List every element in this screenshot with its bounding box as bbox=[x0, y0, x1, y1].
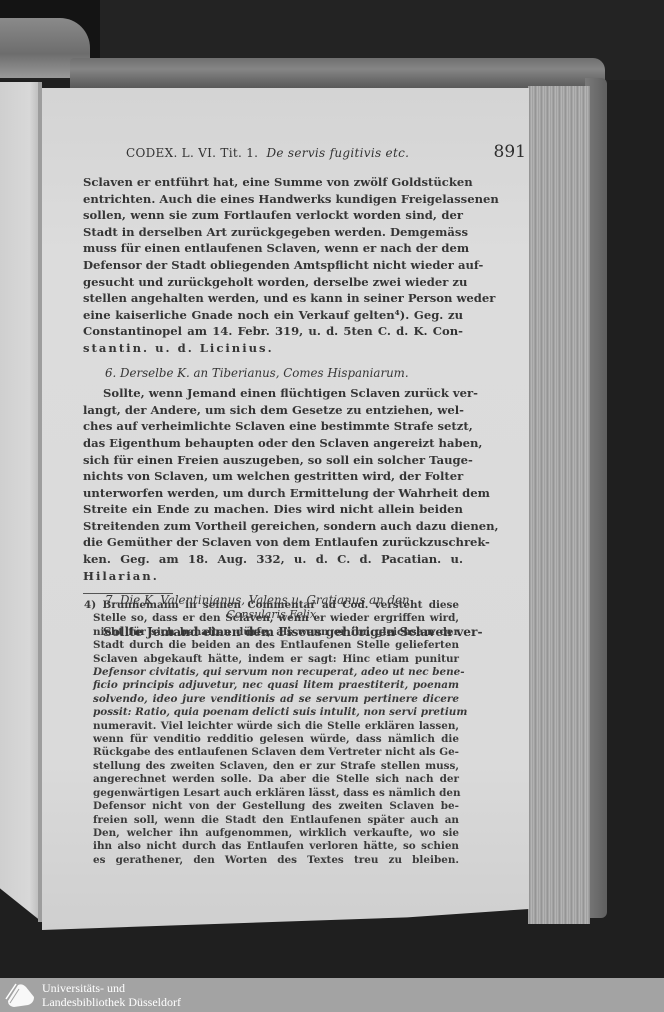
text-line: eine kaiserliche Gnade noch ein Verkauf … bbox=[83, 307, 463, 324]
running-head-reference: CODEX. L. VI. Tit. 1. De servis fugitivi… bbox=[126, 146, 409, 160]
footnote-line: angerechnet werden solle. Da aber die St… bbox=[93, 773, 459, 786]
text-line: das Eigenthum behaupten oder den Sclaven… bbox=[83, 435, 463, 452]
footnote-line: Defensor nicht von der Gestellung des zw… bbox=[93, 800, 459, 813]
footnote-line: 4) Brunnemann in seinen Commentar ad Cod… bbox=[93, 599, 459, 612]
book-cover-top-edge bbox=[70, 58, 605, 90]
text-line: entrichten. Auch die eines Handwerks kun… bbox=[83, 191, 463, 208]
paragraph-2: Sollte, wenn Jemand einen flüchtigen Scl… bbox=[83, 385, 463, 584]
law-heading-6: 6. Derselbe K. an Tiberianus, Comes Hisp… bbox=[105, 365, 463, 382]
text-line: Hilarian. bbox=[83, 568, 463, 585]
footnote-line: es gerathener, den Worten des Textes tre… bbox=[93, 854, 459, 867]
library-name-line-1: Universitäts- und bbox=[42, 981, 181, 995]
footnote-line: ihn also nicht durch das Entlaufen verlo… bbox=[93, 840, 459, 853]
text-line: Streitenden zum Vortheil gereichen, sond… bbox=[83, 518, 463, 535]
footnote-line: Rückgabe des entlaufenen Sclaven dem Ver… bbox=[93, 746, 459, 759]
footnote-line: wenn für venditio redditio gelesen würde… bbox=[93, 733, 459, 746]
text-line: Stadt in derselben Art zurückgegeben wer… bbox=[83, 224, 463, 241]
footnote-line: Stadt durch die beiden an des Entlaufene… bbox=[93, 639, 459, 652]
facing-page-left bbox=[0, 82, 42, 922]
library-branding-bar: Universitäts- und Landesbibliothek Düsse… bbox=[0, 978, 664, 1012]
text-line: Sollte, wenn Jemand einen flüchtigen Scl… bbox=[83, 385, 463, 402]
footnote-line-latin: ficio principis adjuvetur, nec quasi lit… bbox=[93, 679, 459, 692]
text-line: ken. Geg. am 18. Aug. 332, u. d. C. d. P… bbox=[83, 551, 463, 568]
footnote-line: numeravit. Viel leichter würde sich die … bbox=[93, 720, 459, 733]
footnote-line: Stelle so, dass er den Sclaven, wenn er … bbox=[93, 612, 459, 625]
text-line: ches auf verheimlichte Sclaven eine best… bbox=[83, 418, 463, 435]
book-gutter bbox=[38, 82, 42, 922]
footnote-line: Sclaven abgekauft hätte, indem er sagt: … bbox=[93, 653, 459, 666]
text-line: Sclaven er entführt hat, eine Summe von … bbox=[83, 174, 463, 191]
running-head: CODEX. L. VI. Tit. 1. De servis fugitivi… bbox=[126, 142, 526, 164]
footnote-line: nicht für sich behalten dürfe, als wenn … bbox=[93, 626, 459, 639]
text-line: unterworfen werden, um durch Ermittelung… bbox=[83, 485, 463, 502]
library-name: Universitäts- und Landesbibliothek Düsse… bbox=[42, 981, 181, 1009]
footnote-divider bbox=[83, 593, 173, 594]
paragraph-1: Sclaven er entführt hat, eine Summe von … bbox=[83, 174, 463, 357]
footnote-line: freien soll, wenn die Stadt den Entlaufe… bbox=[93, 814, 459, 827]
footnote-text: Brunnemann in seinen Commentar ad Cod. v… bbox=[102, 599, 459, 611]
footnote-line: gegenwärtigen Lesart auch erklären lässt… bbox=[93, 787, 459, 800]
text-line: Streite ein Ende zu machen. Dies wird ni… bbox=[83, 501, 463, 518]
footnote-line-latin: solvendo, ideo jure venditionis ad se se… bbox=[93, 693, 459, 706]
library-name-line-2: Landesbibliothek Düsseldorf bbox=[42, 995, 181, 1009]
text-line: sich für einen Freien auszugeben, so sol… bbox=[83, 452, 463, 469]
text-line: nichts von Sclaven, um welchen gestritte… bbox=[83, 468, 463, 485]
main-text: Sclaven er entführt hat, eine Summe von … bbox=[83, 174, 463, 640]
footnote-line-latin: possit: Ratio, quia poenam delicti suis … bbox=[93, 706, 459, 719]
text-line: gesucht und zurückgeholt worden, derselb… bbox=[83, 274, 463, 291]
book-page: CODEX. L. VI. Tit. 1. De servis fugitivi… bbox=[42, 88, 529, 930]
text-line: langt, der Andere, um sich dem Gesetze z… bbox=[83, 402, 463, 419]
book-logo-icon bbox=[4, 981, 36, 1009]
footnote-4: 4) Brunnemann in seinen Commentar ad Cod… bbox=[93, 599, 459, 867]
codex-reference: CODEX. L. VI. Tit. 1. bbox=[126, 146, 258, 160]
page-number: 891 bbox=[494, 142, 526, 162]
text-line: sollen, wenn sie zum Fortlaufen verlockt… bbox=[83, 207, 463, 224]
footnote-number: 4) bbox=[84, 599, 96, 611]
section-title: De servis fugitivis etc. bbox=[266, 146, 409, 160]
footnote-line-latin: Defensor civitatis, qui servum non recup… bbox=[93, 666, 459, 679]
text-line: stantin. u. d. Licinius. bbox=[83, 340, 463, 357]
text-line: Defensor der Stadt obliegenden Amtspflic… bbox=[83, 257, 463, 274]
text-line: die Gemüther der Sclaven von dem Entlauf… bbox=[83, 534, 463, 551]
text-line: stellen angehalten werden, und es kann i… bbox=[83, 290, 463, 307]
text-line: muss für einen entlaufenen Sclaven, wenn… bbox=[83, 240, 463, 257]
footnote-line: stellung des zweiten Sclaven, den er zur… bbox=[93, 760, 459, 773]
footnote-line: Den, welcher ihn aufgenommen, wirklich v… bbox=[93, 827, 459, 840]
text-line: Constantinopel am 14. Febr. 319, u. d. 5… bbox=[83, 323, 463, 340]
page-block-edge bbox=[528, 86, 590, 924]
